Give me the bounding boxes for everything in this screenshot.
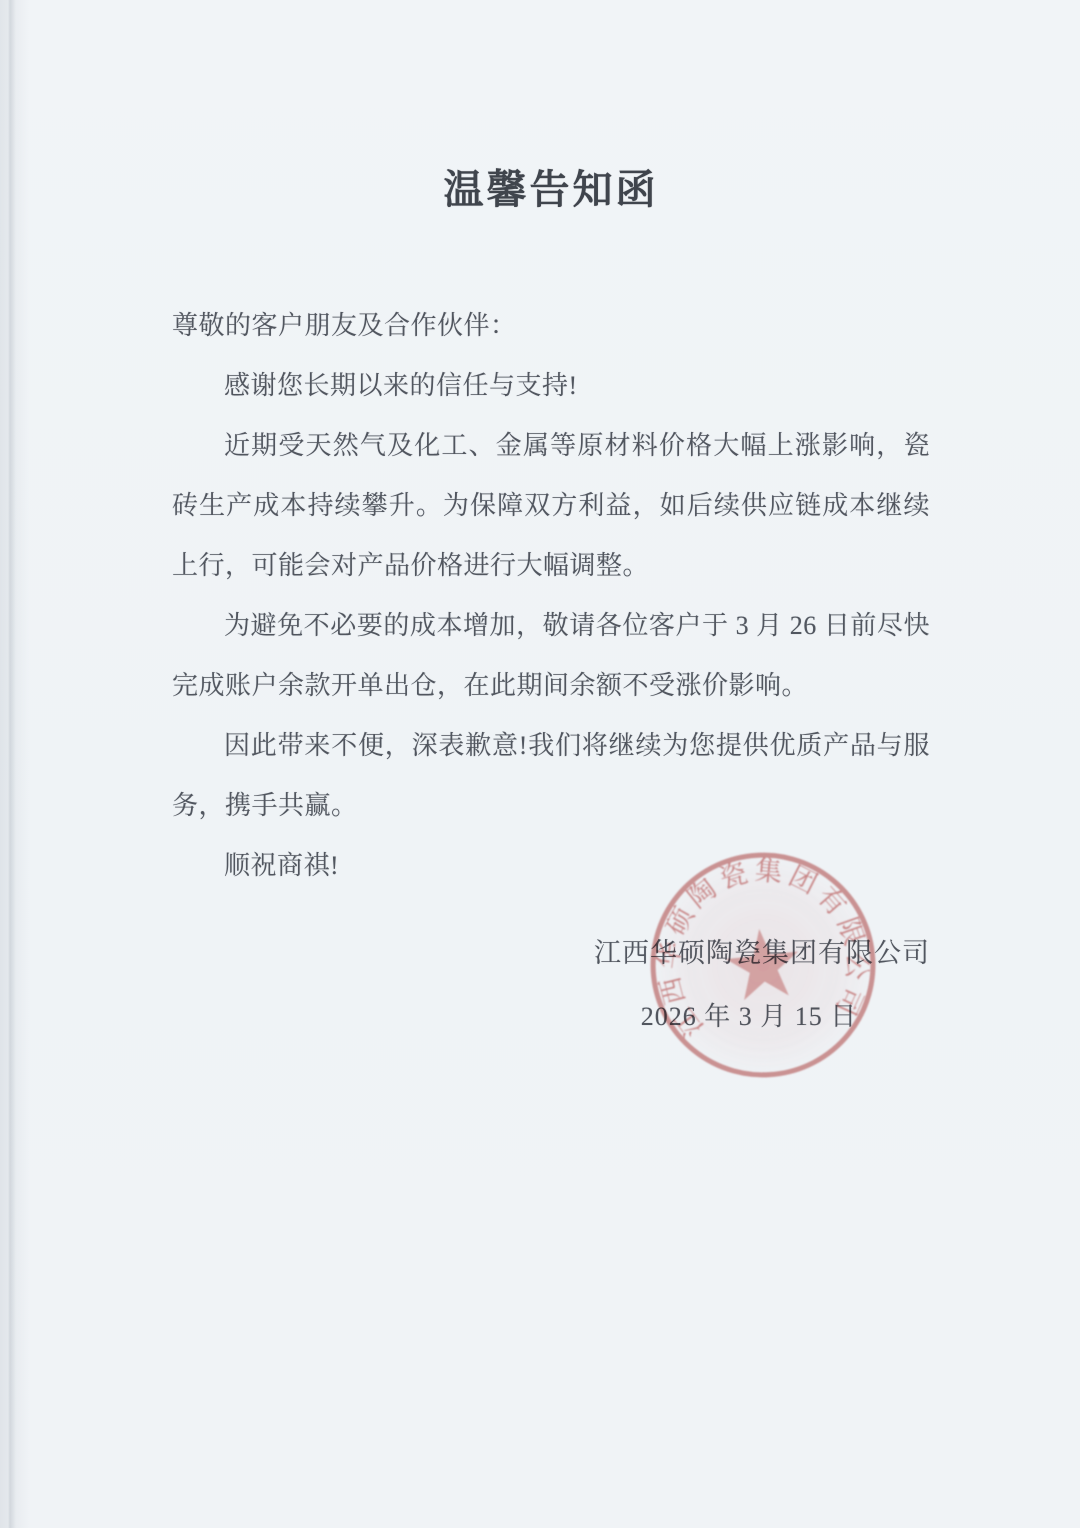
signature-date: 2026 年 3 月 15 日 [594, 996, 930, 1033]
paragraph-apology: 因此带来不便，深表歉意!我们将继续为您提供优质产品与服务，携手共赢。 [172, 716, 930, 836]
letter-title: 温馨告知函 [172, 170, 930, 210]
paragraph-regards: 顺祝商祺! [172, 836, 930, 896]
paragraph-thanks: 感谢您长期以来的信任与支持! [172, 356, 930, 416]
signature-block: 江西华硕陶瓷集团有限公司 2026 年 3 月 15 日 [594, 936, 930, 1033]
scan-edge-shadow [0, 0, 42, 1528]
company-name: 江西华硕陶瓷集团有限公司 [594, 936, 930, 970]
paragraph-deadline: 为避免不必要的成本增加，敬请各位客户于 3 月 26 日前尽快完成账户余款开单出… [172, 596, 930, 716]
paragraph-cost-rise: 近期受天然气及化工、金属等原材料价格大幅上涨影响，瓷砖生产成本持续攀升。为保障双… [172, 416, 930, 596]
letter-body: 温馨告知函 尊敬的客户朋友及合作伙伴： 感谢您长期以来的信任与支持! 近期受天然… [172, 0, 930, 896]
salutation: 尊敬的客户朋友及合作伙伴： [172, 296, 930, 356]
letter-page: 温馨告知函 尊敬的客户朋友及合作伙伴： 感谢您长期以来的信任与支持! 近期受天然… [0, 0, 1080, 1528]
